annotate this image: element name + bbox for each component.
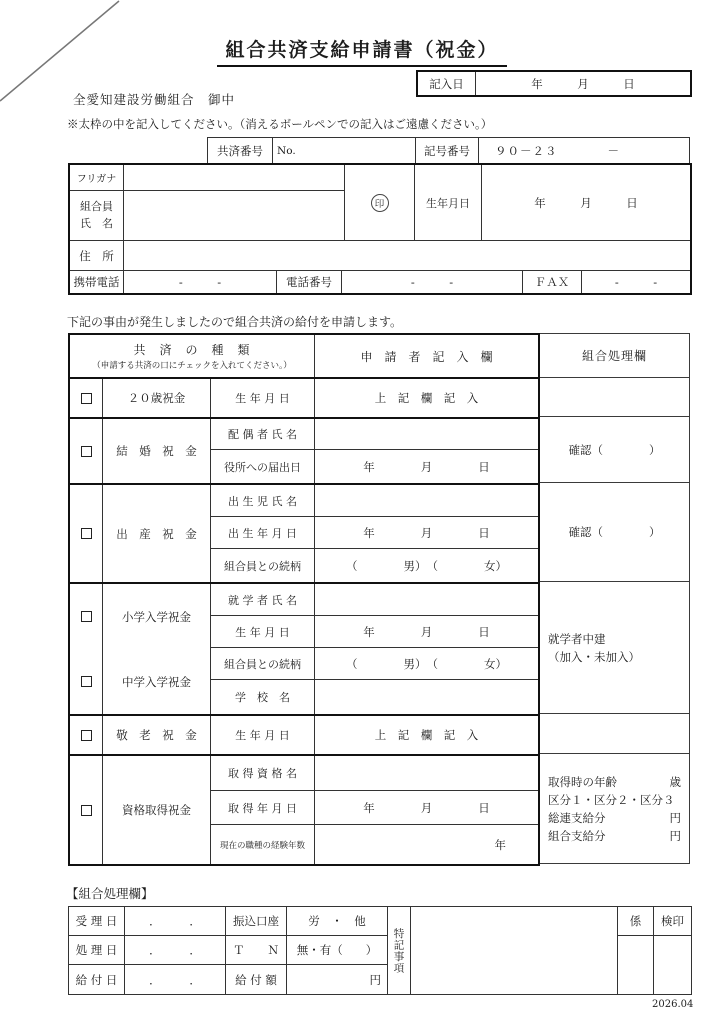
proc-cell: 確認（ ） — [540, 416, 689, 482]
benefit-type-label: ２０歳祝金 — [103, 379, 210, 417]
field-input-cell — [315, 756, 538, 790]
field-label: 生 年 月 日 — [211, 716, 315, 754]
section-childbirth: 出 産 祝 金 出 生 児 氏 名 出 生 年 月 日 年 月 日 組合員との続… — [70, 483, 538, 582]
transfer-account-label: 振込口座 — [226, 907, 287, 936]
benefit-type-label: 資格取得祝金 — [103, 756, 210, 864]
field-input-cell — [315, 485, 538, 516]
section-school-entry: 小学入学祝金 中学入学祝金 就 学 者 氏 名 生 年 月 日 年 月 日 組合… — [70, 582, 538, 714]
union-processing-heading: 【組合処理欄】 — [66, 884, 154, 902]
kigo-number-value: ９０－２３ － — [479, 138, 689, 164]
field-label: 学 校 名 — [211, 680, 315, 714]
checkbox-icon — [81, 676, 92, 687]
kyosai-number-label: 共済番号 — [208, 138, 273, 164]
inspection-seal-field — [654, 936, 691, 994]
phone-field: - - — [342, 271, 523, 293]
tn-value: 無・有（ ） — [287, 936, 388, 965]
field-value: 年 月 日 — [315, 616, 538, 647]
kyosai-number-field: No. — [273, 138, 416, 164]
field-label: 配 偶 者 氏 名 — [211, 419, 315, 449]
special-notes-field — [411, 907, 618, 994]
entry-date-label: 記入日 — [418, 72, 476, 95]
seal-icon: 印 — [371, 194, 389, 212]
benefit-type-label: 中学入学祝金 — [103, 649, 210, 714]
transfer-account-value: 労 ・ 他 — [287, 907, 388, 936]
member-name-input-cell — [124, 191, 344, 240]
mobile-field: - - — [124, 271, 277, 293]
entry-date-box: 記入日 年 月 日 — [416, 70, 692, 97]
furigana-input-cell — [124, 165, 344, 190]
field-input-cell — [315, 584, 538, 615]
furigana-label: フリガナ — [70, 165, 124, 190]
addressee: 全愛知建設労働組合 御中 — [73, 90, 235, 108]
proc-cell — [540, 713, 689, 753]
staff-label: 係 — [618, 907, 654, 936]
section-qualification: 資格取得祝金 取 得 資 格 名 取 得 年 月 日 年 月 日 現在の職種の経… — [70, 754, 538, 864]
phone-label: 電話番号 — [277, 271, 342, 293]
field-value: （ 男） （ 女） — [315, 648, 538, 679]
declaration-text: 下記の事由が発生しましたので組合共済の給付を申請します。 — [67, 313, 402, 330]
edition-date: 2026.04 — [652, 999, 693, 1010]
benefit-type-label: 結 婚 祝 金 — [103, 419, 210, 483]
page-title: 組合共済支給申請書（祝金） — [217, 35, 506, 67]
member-name-label: 組合員 氏 名 — [70, 191, 124, 240]
field-value: 年 月 日 — [315, 517, 538, 548]
payment-amount-label: 給 付 額 — [226, 965, 287, 994]
field-value: 上 記 欄 記 入 — [315, 379, 538, 417]
member-info-table: フリガナ 組合員 氏 名 印 生年月日 年 月 日 住 所 — [68, 163, 692, 295]
field-value: 年 月 日 — [315, 791, 538, 824]
section-respect-for-aged: 敬 老 祝 金 生 年 月 日 上 記 欄 記 入 — [70, 714, 538, 754]
received-date-label: 受 理 日 — [69, 907, 125, 936]
col-header-union-processing: 組合処理欄 — [540, 334, 689, 378]
application-form-page: 組合共済支給申請書（祝金） 全愛知建設労働組合 御中 記入日 年 月 日 ※太枠… — [0, 0, 724, 1024]
proc-cell: 確認（ ） — [540, 482, 689, 581]
payment-date-label: 給 付 日 — [69, 965, 125, 994]
section-marriage: 結 婚 祝 金 配 偶 者 氏 名 役所への届出日 年 月 日 — [70, 417, 538, 483]
benefit-type-label: 敬 老 祝 金 — [103, 716, 210, 754]
union-processing-table: 受 理 日 ． ． 振込口座 労 ・ 他 特記事項 係 検印 処 理 日 ． ．… — [68, 906, 692, 995]
field-label: 取 得 資 格 名 — [211, 756, 315, 790]
mobile-label: 携帯電話 — [70, 271, 124, 293]
confirm-text: 確認（ ） — [569, 524, 661, 540]
field-value: 上 記 欄 記 入 — [315, 716, 538, 754]
entry-date-field: 年 月 日 — [476, 72, 690, 95]
checkbox-icon — [81, 730, 92, 741]
field-label: 現在の職種の経験年数 — [211, 825, 315, 864]
special-notes-label: 特記事項 — [388, 907, 411, 994]
checkbox-icon — [81, 446, 92, 457]
number-strip: 共済番号 No. 記号番号 ９０－２３ － — [207, 137, 690, 164]
proc-cell — [540, 378, 689, 416]
field-label: 出 生 児 氏 名 — [211, 485, 315, 516]
union-processing-column: 組合処理欄 確認（ ） 確認（ ） 就学者中建 （加入・未加入） 取得時の年齢歳… — [540, 333, 690, 864]
fax-field: - - — [582, 271, 690, 293]
payment-date-field: ． ． — [125, 965, 226, 994]
benefit-type-label: 小学入学祝金 — [103, 584, 210, 649]
birthdate-label: 生年月日 — [414, 165, 481, 240]
confirm-text: 確認（ ） — [569, 442, 661, 458]
seal-cell: 印 — [344, 165, 414, 240]
staff-field — [618, 936, 654, 994]
address-label: 住 所 — [70, 241, 124, 270]
benefit-type-label: 出 産 祝 金 — [103, 485, 210, 582]
field-label: 役所への届出日 — [211, 450, 315, 483]
benefits-table: 共 済 の 種 類 （申請する共済の口にチェックを入れてください。） 申 請 者… — [68, 333, 690, 866]
checkbox-icon — [81, 528, 92, 539]
field-label: 取 得 年 月 日 — [211, 791, 315, 824]
processed-date-field: ． ． — [125, 936, 226, 965]
fax-label: ＦＡＸ — [523, 271, 582, 293]
col-header-applicant-entry: 申 請 者 記 入 欄 — [315, 335, 538, 377]
fill-instruction-note: ※太枠の中を記入してください。（消えるボールペンでの記入はご遠慮ください。） — [67, 116, 492, 132]
field-label: 出 生 年 月 日 — [211, 517, 315, 548]
processed-date-label: 処 理 日 — [69, 936, 125, 965]
birthdate-field: 年 月 日 — [481, 165, 690, 240]
field-label: 生 年 月 日 — [211, 379, 315, 417]
col-header-benefit-type: 共 済 の 種 類 （申請する共済の口にチェックを入れてください。） — [70, 335, 315, 377]
field-input-cell — [315, 419, 538, 449]
field-input-cell — [315, 680, 538, 714]
address-input-cell — [124, 241, 690, 270]
tn-cell: Ｔ Ｎ — [226, 936, 287, 965]
received-date-field: ． ． — [125, 907, 226, 936]
checkbox-icon — [81, 805, 92, 816]
field-label: 組合員との続柄 — [211, 648, 315, 679]
field-label: 組合員との続柄 — [211, 549, 315, 582]
proc-cell: 取得時の年齢歳 区分１・区分２・区分３ 総連支給分円 組合支給分円 — [540, 753, 689, 863]
checkbox-icon — [81, 393, 92, 404]
section-20th-birthday: ２０歳祝金 生 年 月 日 上 記 欄 記 入 — [70, 379, 538, 417]
inspection-seal-label: 検印 — [654, 907, 691, 936]
kigo-number-label: 記号番号 — [416, 138, 479, 164]
payment-amount-field: 円 — [287, 965, 388, 994]
field-value: 年 月 日 — [315, 450, 538, 483]
checkbox-icon — [81, 611, 92, 622]
proc-cell: 就学者中建 （加入・未加入） — [540, 581, 689, 713]
field-label: 生 年 月 日 — [211, 616, 315, 647]
field-label: 就 学 者 氏 名 — [211, 584, 315, 615]
field-value: 年 — [315, 825, 538, 864]
field-value: （ 男） （ 女） — [315, 549, 538, 582]
